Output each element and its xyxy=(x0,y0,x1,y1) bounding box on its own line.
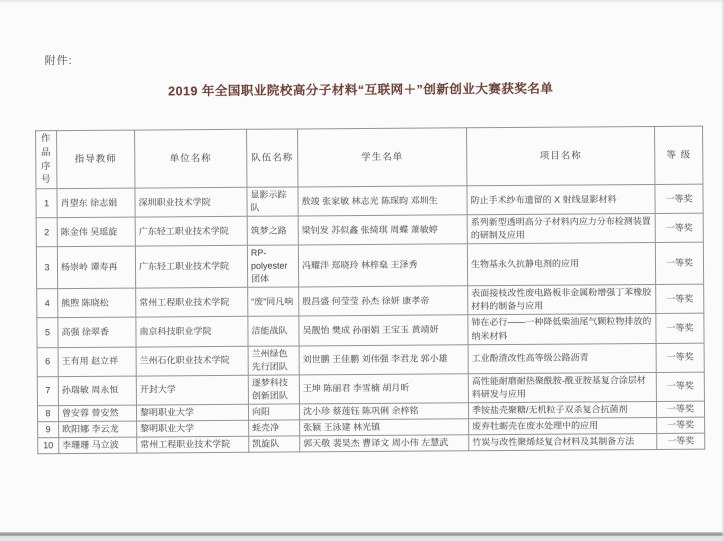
cell-project: 季铵盐壳聚糖/无机粒子双杀复合抗菌剂 xyxy=(468,401,656,418)
cell-teachers: 熊煦 陈晓松 xyxy=(58,288,136,318)
scanned-document-page: { "page": { "attachment_label": "附件:", "… xyxy=(0,0,724,541)
cell-students: 殷昌盛 何莹莹 孙杰 徐妍 康孝帝 xyxy=(299,286,468,316)
cell-unit: 黎明职业大学 xyxy=(137,420,249,437)
cell-award: 一等奖 xyxy=(656,372,704,401)
cell-award: 一等奖 xyxy=(656,314,704,343)
cell-students: 吴靓怡 樊成 孙丽娟 王宝玉 黄靖妍 xyxy=(299,315,468,345)
cell-award: 一等奖 xyxy=(655,242,703,284)
cell-entry-no: 3 xyxy=(36,247,57,289)
cell-teachers: 李珊珊 马立波 xyxy=(59,437,137,454)
cell-team: RP-polyester 团体 xyxy=(247,245,298,287)
cell-project: 表面接枝改性废电路板非金属粉增强丁苯橡胶材料的制备与应用 xyxy=(468,285,656,315)
cell-entry-no: 4 xyxy=(37,289,58,318)
cell-team: 筑梦之路 xyxy=(247,216,298,245)
cell-entry-no: 6 xyxy=(37,347,58,376)
cell-award: 一等奖 xyxy=(655,184,703,213)
scan-edge-below xyxy=(0,536,724,541)
table-row: 1 肖望东 徐志娟 深圳职业技术学院 显影示踪队 敖竣 张家敏 林志光 陈琛昀 … xyxy=(36,184,703,218)
cell-teachers: 高强 徐翠香 xyxy=(58,318,136,348)
cell-team: 显影示踪队 xyxy=(247,187,298,216)
cell-project: 废弃牡蛎壳在废水处理中的应用 xyxy=(469,417,657,434)
cell-students: 刘世鹏 王佳鹏 刘伟强 李君龙 郭小雄 xyxy=(299,344,468,374)
cell-project: 高性能耐磨耐热聚酰胺-酰亚胺基复合涂层材料研发与应用 xyxy=(468,372,656,402)
cell-team: 逐梦科技创新团队 xyxy=(248,375,299,404)
cell-students: 冯耀泮 郑晓玲 林梓燊 王泽秀 xyxy=(298,244,467,287)
table-row: 4 熊煦 陈晓松 常州工程职业技术学院 “废”同凡响 殷昌盛 何莹莹 孙杰 徐妍… xyxy=(37,285,704,319)
cell-students: 沈小珍 蔡莲钰 陈巩俐 余梓铭 xyxy=(299,403,468,420)
cell-unit: 南京科技职业学院 xyxy=(136,317,248,347)
cell-award: 一等奖 xyxy=(657,417,705,433)
cell-unit: 广东轻工职业技术学院 xyxy=(135,246,247,289)
cell-unit: 广东轻工职业技术学院 xyxy=(135,216,247,246)
header-students: 学生名单 xyxy=(298,128,467,187)
cell-entry-no: 10 xyxy=(38,437,59,453)
cell-teachers: 孙瑞敏 周永恒 xyxy=(58,376,136,406)
cell-team: “废”同凡响 xyxy=(248,287,299,316)
cell-entry-no: 8 xyxy=(37,405,58,421)
cell-team: 凯旋队 xyxy=(249,436,300,452)
cell-students: 梁钊发 苏似鑫 张绮琪 周蝶 萧敏婷 xyxy=(298,215,467,245)
header-team: 队伍名称 xyxy=(247,129,298,187)
cell-entry-no: 2 xyxy=(36,218,57,247)
cell-award: 一等奖 xyxy=(657,433,705,449)
cell-teachers: 杨崇岭 谭寿再 xyxy=(57,246,135,289)
cell-unit: 常州工程职业技术学院 xyxy=(137,436,249,453)
cell-unit: 开封大学 xyxy=(136,375,248,405)
cell-students: 王坤 陈丽君 李雪楠 胡月昕 xyxy=(299,373,468,403)
cell-team: 兰州绿色先行团队 xyxy=(248,346,299,375)
cell-project: 防止手术纱布遗留的 X 射线显影材料 xyxy=(467,185,655,215)
cell-students: 张颖 王泳建 林光镇 xyxy=(300,419,469,436)
cell-teachers: 陈金伟 吴瑶旋 xyxy=(57,217,135,247)
cell-students: 敖竣 张家敏 林志光 陈琛昀 邓圳生 xyxy=(298,186,467,216)
header-project: 项目名称 xyxy=(467,126,655,185)
cell-unit: 黎明职业大学 xyxy=(136,404,248,421)
cell-award: 一等奖 xyxy=(656,343,704,372)
cell-team: 蚝壳净 xyxy=(249,420,300,436)
cell-team: 向阳 xyxy=(248,404,299,420)
cell-project: 竹炭与改性聚烯烃复合材料及其制备方法 xyxy=(469,433,657,450)
cell-teachers: 曾安蓉 曾安然 xyxy=(58,405,136,422)
table-row: 5 高强 徐翠香 南京科技职业学院 洁能战队 吴靓怡 樊成 孙丽娟 王宝玉 黄靖… xyxy=(37,314,704,348)
cell-unit: 深圳职业技术学院 xyxy=(135,187,247,217)
cell-award: 一等奖 xyxy=(655,213,703,242)
cell-project: 生物基永久抗静电剂的应用 xyxy=(467,243,655,286)
table-row: 2 陈金伟 吴瑶旋 广东轻工职业技术学院 筑梦之路 梁钊发 苏似鑫 张绮琪 周蝶… xyxy=(36,213,703,247)
cell-project: 铈在必行——一种降低柴油尾气颗粒物排放的纳米材料 xyxy=(468,314,656,344)
table-row: 7 孙瑞敏 周永恒 开封大学 逐梦科技创新团队 王坤 陈丽君 李雪楠 胡月昕 高… xyxy=(37,372,704,406)
cell-entry-no: 7 xyxy=(37,376,58,405)
awards-table: 作品 序号 指导教师 单位名称 队伍名称 学生名单 项目名称 等 级 1 肖望东… xyxy=(35,126,705,455)
cell-project: 工业酚渣改性高等级公路沥青 xyxy=(468,343,656,373)
cell-unit: 常州工程职业技术学院 xyxy=(136,288,248,318)
table-row: 3 杨崇岭 谭寿再 广东轻工职业技术学院 RP-polyester 团体 冯耀泮… xyxy=(36,242,703,289)
cell-award: 一等奖 xyxy=(656,401,704,417)
cell-award: 一等奖 xyxy=(656,285,704,314)
cell-entry-no: 1 xyxy=(36,189,57,218)
cell-teachers: 欧阳娜 李云龙 xyxy=(59,421,137,438)
awards-table-body: 1 肖望东 徐志娟 深圳职业技术学院 显影示踪队 敖竣 张家敏 林志光 陈琛昀 … xyxy=(36,184,705,453)
document-title: 2019 年全国职业院校高分子材料“互联网＋”创新创业大赛获奖名单 xyxy=(0,77,723,100)
cell-students: 郭天敬 裴昊杰 曹译文 周小伟 左慧武 xyxy=(300,435,469,452)
cell-team: 洁能战队 xyxy=(248,316,299,345)
cell-unit: 兰州石化职业技术学院 xyxy=(136,346,248,376)
header-entry-no: 作品 序号 xyxy=(36,131,57,189)
header-teachers: 指导教师 xyxy=(57,130,135,189)
awards-table-head: 作品 序号 指导教师 单位名称 队伍名称 学生名单 项目名称 等 级 xyxy=(36,126,703,189)
header-unit: 单位名称 xyxy=(135,129,247,188)
table-row: 10 李珊珊 马立波 常州工程职业技术学院 凯旋队 郭天敬 裴昊杰 曹译文 周小… xyxy=(38,433,705,454)
cell-entry-no: 5 xyxy=(37,318,58,347)
cell-teachers: 肖望东 徐志娟 xyxy=(57,188,135,218)
cell-teachers: 王有用 赵立祥 xyxy=(58,347,136,377)
cell-project: 系列新型透明高分子材料内应力分布检测装置的研制及应用 xyxy=(467,214,655,244)
table-row: 6 王有用 赵立祥 兰州石化职业技术学院 兰州绿色先行团队 刘世鹏 王佳鹏 刘伟… xyxy=(37,343,704,377)
cell-entry-no: 9 xyxy=(38,421,59,437)
attachment-label: 附件: xyxy=(45,52,73,68)
header-award: 等 级 xyxy=(655,126,703,184)
document-sheet: 附件: 2019 年全国职业院校高分子材料“互联网＋”创新创业大赛获奖名单 作品… xyxy=(0,0,724,533)
header-row: 作品 序号 指导教师 单位名称 队伍名称 学生名单 项目名称 等 级 xyxy=(36,126,703,189)
